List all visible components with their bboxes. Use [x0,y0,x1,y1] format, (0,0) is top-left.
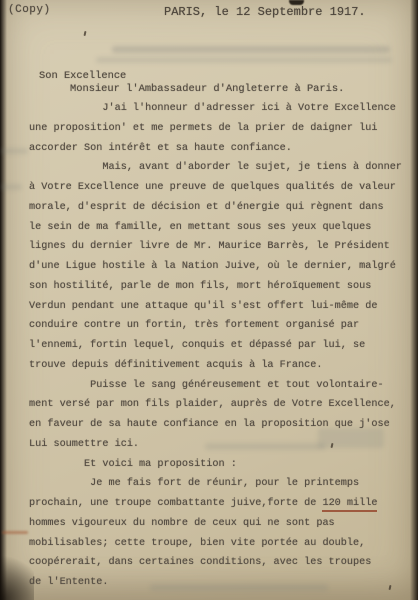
body-line: d'une Ligue hostile à la Nation Juive, o… [29,257,409,277]
body-line: J'ai l'honneur d'adresser ici à Votre Ex… [29,99,409,119]
body-line: Mais, avant d'aborder le sujet, je tiens… [29,158,409,178]
body-line: hommes vigoureux du nombre de ceux qui n… [29,514,409,534]
body-line: une proposition' et me permets de la pri… [29,119,409,139]
body-line: accorder Son intérêt et sa haute confian… [29,139,409,159]
photo-edge-left [0,0,7,600]
recipient-block: Son Excellence Monsieur l'Ambassadeur d'… [39,70,344,95]
bleedthrough-mark [112,46,390,53]
bleedthrough-underline-mark [2,531,28,534]
body-line: en faveur de sa haute confiance en la pr… [29,415,409,435]
letter-body: J'ai l'honneur d'adresser ici à Votre Ex… [29,99,409,593]
body-line: à Votre Excellence une preuve de quelque… [29,178,409,198]
body-line: lignes du dernier livre de Mr. Maurice B… [29,237,409,257]
ink-mark [84,31,87,36]
body-line: ment versé par mon fils plaider, auprès … [29,395,409,415]
body-line: Puisse le sang généreusement et tout vol… [29,376,409,396]
dateline: PARIS, le 12 Septembre 1917. [164,5,366,19]
body-line: trouve depuis définitivement acquis à la… [29,356,409,376]
body-line: l'ennemi, fortin lequel, conquis et dépa… [29,336,409,356]
body-line: son hostilité, parle de mon fils, mort h… [29,277,409,297]
bleedthrough-mark [0,148,28,154]
bleedthrough-mark [0,184,22,190]
body-line: de l'Entente. [29,573,409,593]
body-line: Je me fais fort de réunir, pour le print… [29,474,409,494]
body-line: prochain, une troupe combattante juive,f… [29,494,409,514]
recipient-line-2: Monsieur l'Ambassadeur d'Angleterre à Pa… [70,83,344,96]
body-line: Et voici ma proposition : [29,455,409,475]
bleedthrough-mark [96,57,392,63]
recipient-line-1: Son Excellence [39,70,344,83]
body-line: coopérerait, dans certaines conditions, … [29,553,409,573]
body-line: Verdun pendant une attaque qu'il s'est o… [29,297,409,317]
body-line: Lui soumettre ici. [29,435,409,455]
body-line: conduire contre un fortin, très fortemen… [29,316,409,336]
copy-label: (Copy) [8,4,51,16]
body-line: morale, d'esprit de décision et d'énergi… [29,198,409,218]
body-line: mobilisables; cette troupe, bien vite po… [29,534,409,554]
letter-page: (Copy) PARIS, le 12 Septembre 1917. Son … [0,0,418,600]
body-line: le sein de ma famille, en mettant sous s… [29,218,409,238]
photo-edge-right [410,0,418,600]
underlined-phrase: 120 mille [322,498,377,512]
